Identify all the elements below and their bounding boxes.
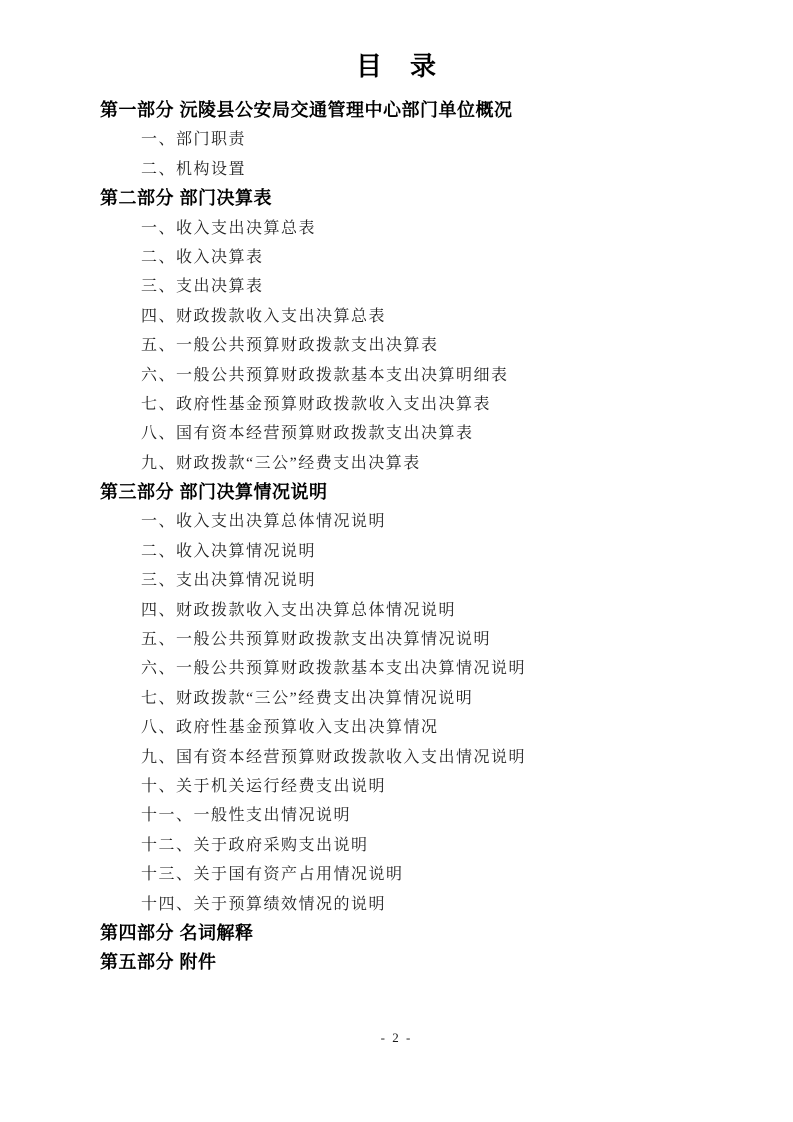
toc-item: 五、一般公共预算财政拨款支出决算情况说明 — [100, 625, 733, 654]
toc-item: 一、部门职责 — [100, 125, 733, 154]
toc-item: 二、机构设置 — [100, 155, 733, 184]
toc-section-2-heading: 第二部分 部门决算表 — [100, 184, 733, 213]
page-number: - 2 - — [0, 1030, 793, 1046]
page-title: 目 录 — [0, 0, 793, 84]
toc-item: 十四、关于预算绩效情况的说明 — [100, 890, 733, 919]
toc-item: 九、国有资本经营预算财政拨款收入支出情况说明 — [100, 743, 733, 772]
toc-item: 七、财政拨款“三公”经费支出决算情况说明 — [100, 684, 733, 713]
toc-section-4-heading: 第四部分 名词解释 — [100, 919, 733, 948]
toc-item: 八、政府性基金预算收入支出决算情况 — [100, 713, 733, 742]
toc-item: 八、国有资本经营预算财政拨款支出决算表 — [100, 419, 733, 448]
toc-item: 三、支出决算表 — [100, 272, 733, 301]
toc-item: 四、财政拨款收入支出决算总表 — [100, 302, 733, 331]
toc-item: 一、收入支出决算总表 — [100, 214, 733, 243]
toc-item: 七、政府性基金预算财政拨款收入支出决算表 — [100, 390, 733, 419]
toc-section-5-heading: 第五部分 附件 — [100, 948, 733, 977]
toc-item: 六、一般公共预算财政拨款基本支出决算情况说明 — [100, 654, 733, 683]
toc-section-1-heading: 第一部分 沅陵县公安局交通管理中心部门单位概况 — [100, 96, 733, 125]
toc-item: 三、支出决算情况说明 — [100, 566, 733, 595]
document-page: 目 录 第一部分 沅陵县公安局交通管理中心部门单位概况 一、部门职责 二、机构设… — [0, 0, 793, 1122]
toc-item: 四、财政拨款收入支出决算总体情况说明 — [100, 596, 733, 625]
toc-item: 六、一般公共预算财政拨款基本支出决算明细表 — [100, 361, 733, 390]
toc-item: 二、收入决算情况说明 — [100, 537, 733, 566]
toc-item: 十二、关于政府采购支出说明 — [100, 831, 733, 860]
toc-item: 十一、一般性支出情况说明 — [100, 801, 733, 830]
toc-item: 一、收入支出决算总体情况说明 — [100, 507, 733, 536]
toc-item: 九、财政拨款“三公”经费支出决算表 — [100, 449, 733, 478]
table-of-contents: 第一部分 沅陵县公安局交通管理中心部门单位概况 一、部门职责 二、机构设置 第二… — [0, 96, 793, 978]
toc-section-3-heading: 第三部分 部门决算情况说明 — [100, 478, 733, 507]
toc-item: 二、收入决算表 — [100, 243, 733, 272]
toc-item: 十三、关于国有资产占用情况说明 — [100, 860, 733, 889]
toc-item: 五、一般公共预算财政拨款支出决算表 — [100, 331, 733, 360]
toc-item: 十、关于机关运行经费支出说明 — [100, 772, 733, 801]
